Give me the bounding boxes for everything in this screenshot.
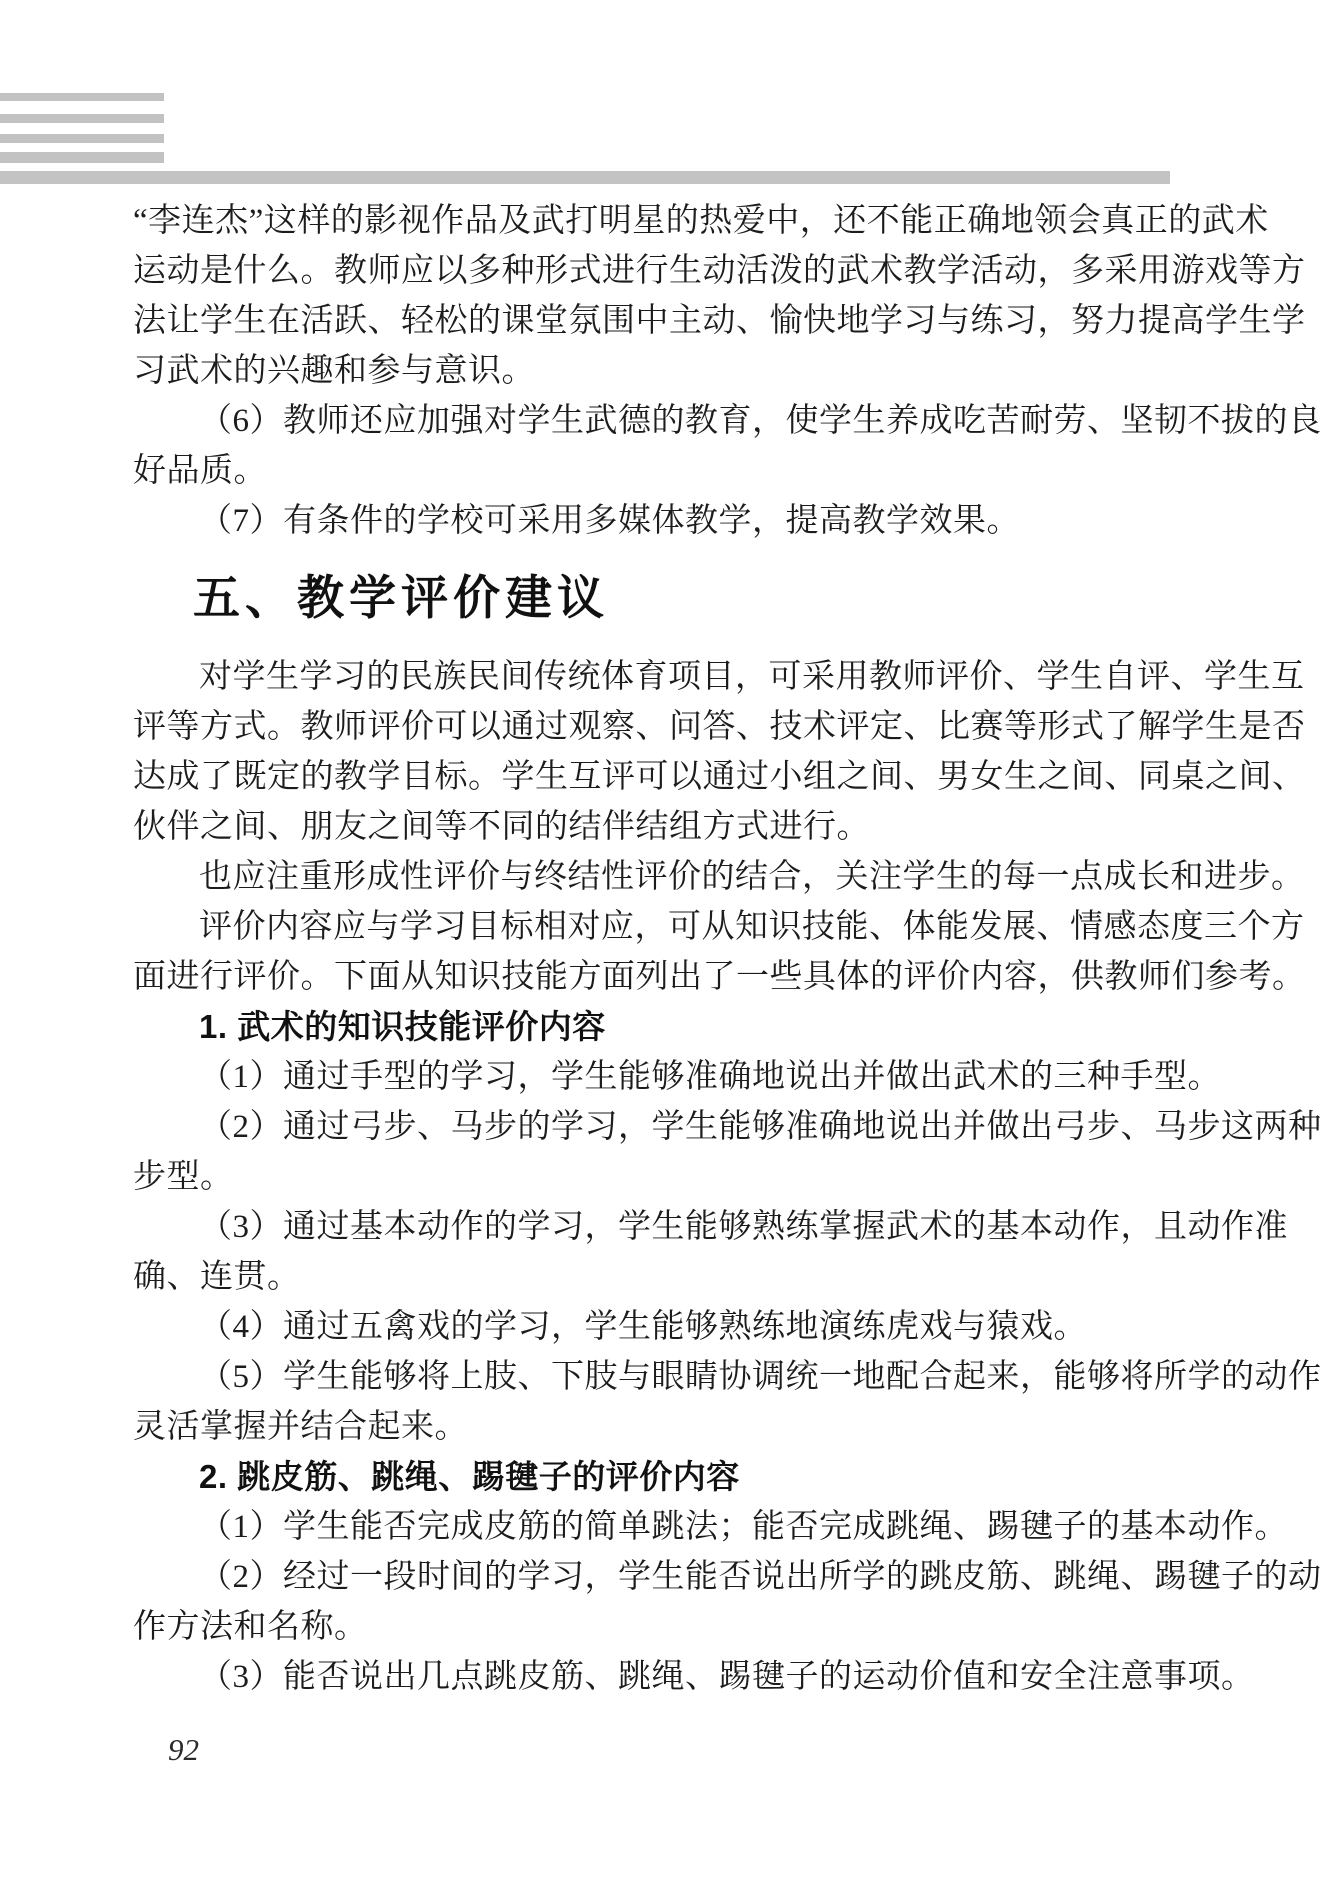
text-line: 评价内容应与学习目标相对应，可从知识技能、体能发展、情感态度三个方 (133, 902, 1197, 952)
text-line: 步型。 (133, 1152, 1197, 1202)
paragraph: （6）教师还应加强对学生武德的教育，使学生养成吃苦耐劳、坚韧不拔的良 好品质。 (133, 396, 1197, 496)
text-line: （1）学生能否完成皮筋的简单跳法；能否完成跳绳、踢毽子的基本动作。 (133, 1502, 1197, 1552)
subsection-heading: 1. 武术的知识技能评价内容 (133, 1002, 1197, 1052)
header-decoration (0, 0, 1331, 190)
text-line: （3）能否说出几点跳皮筋、跳绳、踢毽子的运动价值和安全注意事项。 (133, 1652, 1197, 1702)
text-line: 习武术的兴趣和参与意识。 (133, 346, 1197, 396)
paragraph: 评价内容应与学习目标相对应，可从知识技能、体能发展、情感态度三个方 面进行评价。… (133, 902, 1197, 1002)
text-line: （1）通过手型的学习，学生能够准确地说出并做出武术的三种手型。 (133, 1052, 1197, 1102)
text-line: 达成了既定的教学目标。学生互评可以通过小组之间、男女生之间、同桌之间、 (133, 752, 1197, 802)
paragraph: “李连杰”这样的影视作品及武打明星的热爱中，还不能正确地领会真正的武术 运动是什… (133, 196, 1197, 396)
document-page: “李连杰”这样的影视作品及武打明星的热爱中，还不能正确地领会真正的武术 运动是什… (0, 0, 1331, 1884)
text-line: 法让学生在活跃、轻松的课堂氛围中主动、愉快地学习与练习，努力提高学生学 (133, 296, 1197, 346)
text-line: （7）有条件的学校可采用多媒体教学，提高教学效果。 (133, 496, 1197, 546)
text-line: 作方法和名称。 (133, 1602, 1197, 1652)
text-line: （2）经过一段时间的学习，学生能否说出所学的跳皮筋、跳绳、踢毽子的动 (133, 1552, 1197, 1602)
text-line: 对学生学习的民族民间传统体育项目，可采用教师评价、学生自评、学生互 (133, 652, 1197, 702)
paragraph: （3）能否说出几点跳皮筋、跳绳、踢毽子的运动价值和安全注意事项。 (133, 1652, 1197, 1702)
text-line: 好品质。 (133, 446, 1197, 496)
paragraph: （2）经过一段时间的学习，学生能否说出所学的跳皮筋、跳绳、踢毽子的动 作方法和名… (133, 1552, 1197, 1652)
paragraph: （5）学生能够将上肢、下肢与眼睛协调统一地配合起来，能够将所学的动作 灵活掌握并… (133, 1352, 1197, 1452)
paragraph: （7）有条件的学校可采用多媒体教学，提高教学效果。 (133, 496, 1197, 546)
text-line: （5）学生能够将上肢、下肢与眼睛协调统一地配合起来，能够将所学的动作 (133, 1352, 1197, 1402)
section-heading: 五、教学评价建议 (193, 570, 1197, 628)
paragraph: （3）通过基本动作的学习，学生能够熟练掌握武术的基本动作，且动作准 确、连贯。 (133, 1202, 1197, 1302)
text-line: “李连杰”这样的影视作品及武打明星的热爱中，还不能正确地领会真正的武术 (133, 196, 1197, 246)
header-stripe (0, 152, 164, 163)
text-line: 灵活掌握并结合起来。 (133, 1402, 1197, 1452)
text-line: （2）通过弓步、马步的学习，学生能够准确地说出并做出弓步、马步这两种 (133, 1102, 1197, 1152)
paragraph: （4）通过五禽戏的学习，学生能够熟练地演练虎戏与猿戏。 (133, 1302, 1197, 1352)
paragraph: （1）学生能否完成皮筋的简单跳法；能否完成跳绳、踢毽子的基本动作。 (133, 1502, 1197, 1552)
page-number: 92 (168, 1732, 199, 1768)
text-line: （3）通过基本动作的学习，学生能够熟练掌握武术的基本动作，且动作准 (133, 1202, 1197, 1252)
paragraph: 对学生学习的民族民间传统体育项目，可采用教师评价、学生自评、学生互 评等方式。教… (133, 652, 1197, 852)
header-stripe (0, 114, 164, 123)
text-line: （6）教师还应加强对学生武德的教育，使学生养成吃苦耐劳、坚韧不拔的良 (133, 396, 1197, 446)
subsection-heading: 2. 跳皮筋、跳绳、踢毽子的评价内容 (133, 1452, 1197, 1502)
paragraph: （2）通过弓步、马步的学习，学生能够准确地说出并做出弓步、马步这两种 步型。 (133, 1102, 1197, 1202)
paragraph: 也应注重形成性评价与终结性评价的结合，关注学生的每一点成长和进步。 (133, 852, 1197, 902)
text-line: 伙伴之间、朋友之间等不同的结伴结组方式进行。 (133, 802, 1197, 852)
header-stripe (0, 134, 164, 143)
header-band (0, 171, 1170, 184)
text-line: （4）通过五禽戏的学习，学生能够熟练地演练虎戏与猿戏。 (133, 1302, 1197, 1352)
text-line: 评等方式。教师评价可以通过观察、问答、技术评定、比赛等形式了解学生是否 (133, 702, 1197, 752)
text-line: 也应注重形成性评价与终结性评价的结合，关注学生的每一点成长和进步。 (133, 852, 1197, 902)
paragraph: （1）通过手型的学习，学生能够准确地说出并做出武术的三种手型。 (133, 1052, 1197, 1102)
text-line: 运动是什么。教师应以多种形式进行生动活泼的武术教学活动，多采用游戏等方 (133, 246, 1197, 296)
text-column: “李连杰”这样的影视作品及武打明星的热爱中，还不能正确地领会真正的武术 运动是什… (133, 196, 1197, 1702)
text-line: 确、连贯。 (133, 1252, 1197, 1302)
text-line: 面进行评价。下面从知识技能方面列出了一些具体的评价内容，供教师们参考。 (133, 952, 1197, 1002)
header-stripe (0, 93, 164, 101)
